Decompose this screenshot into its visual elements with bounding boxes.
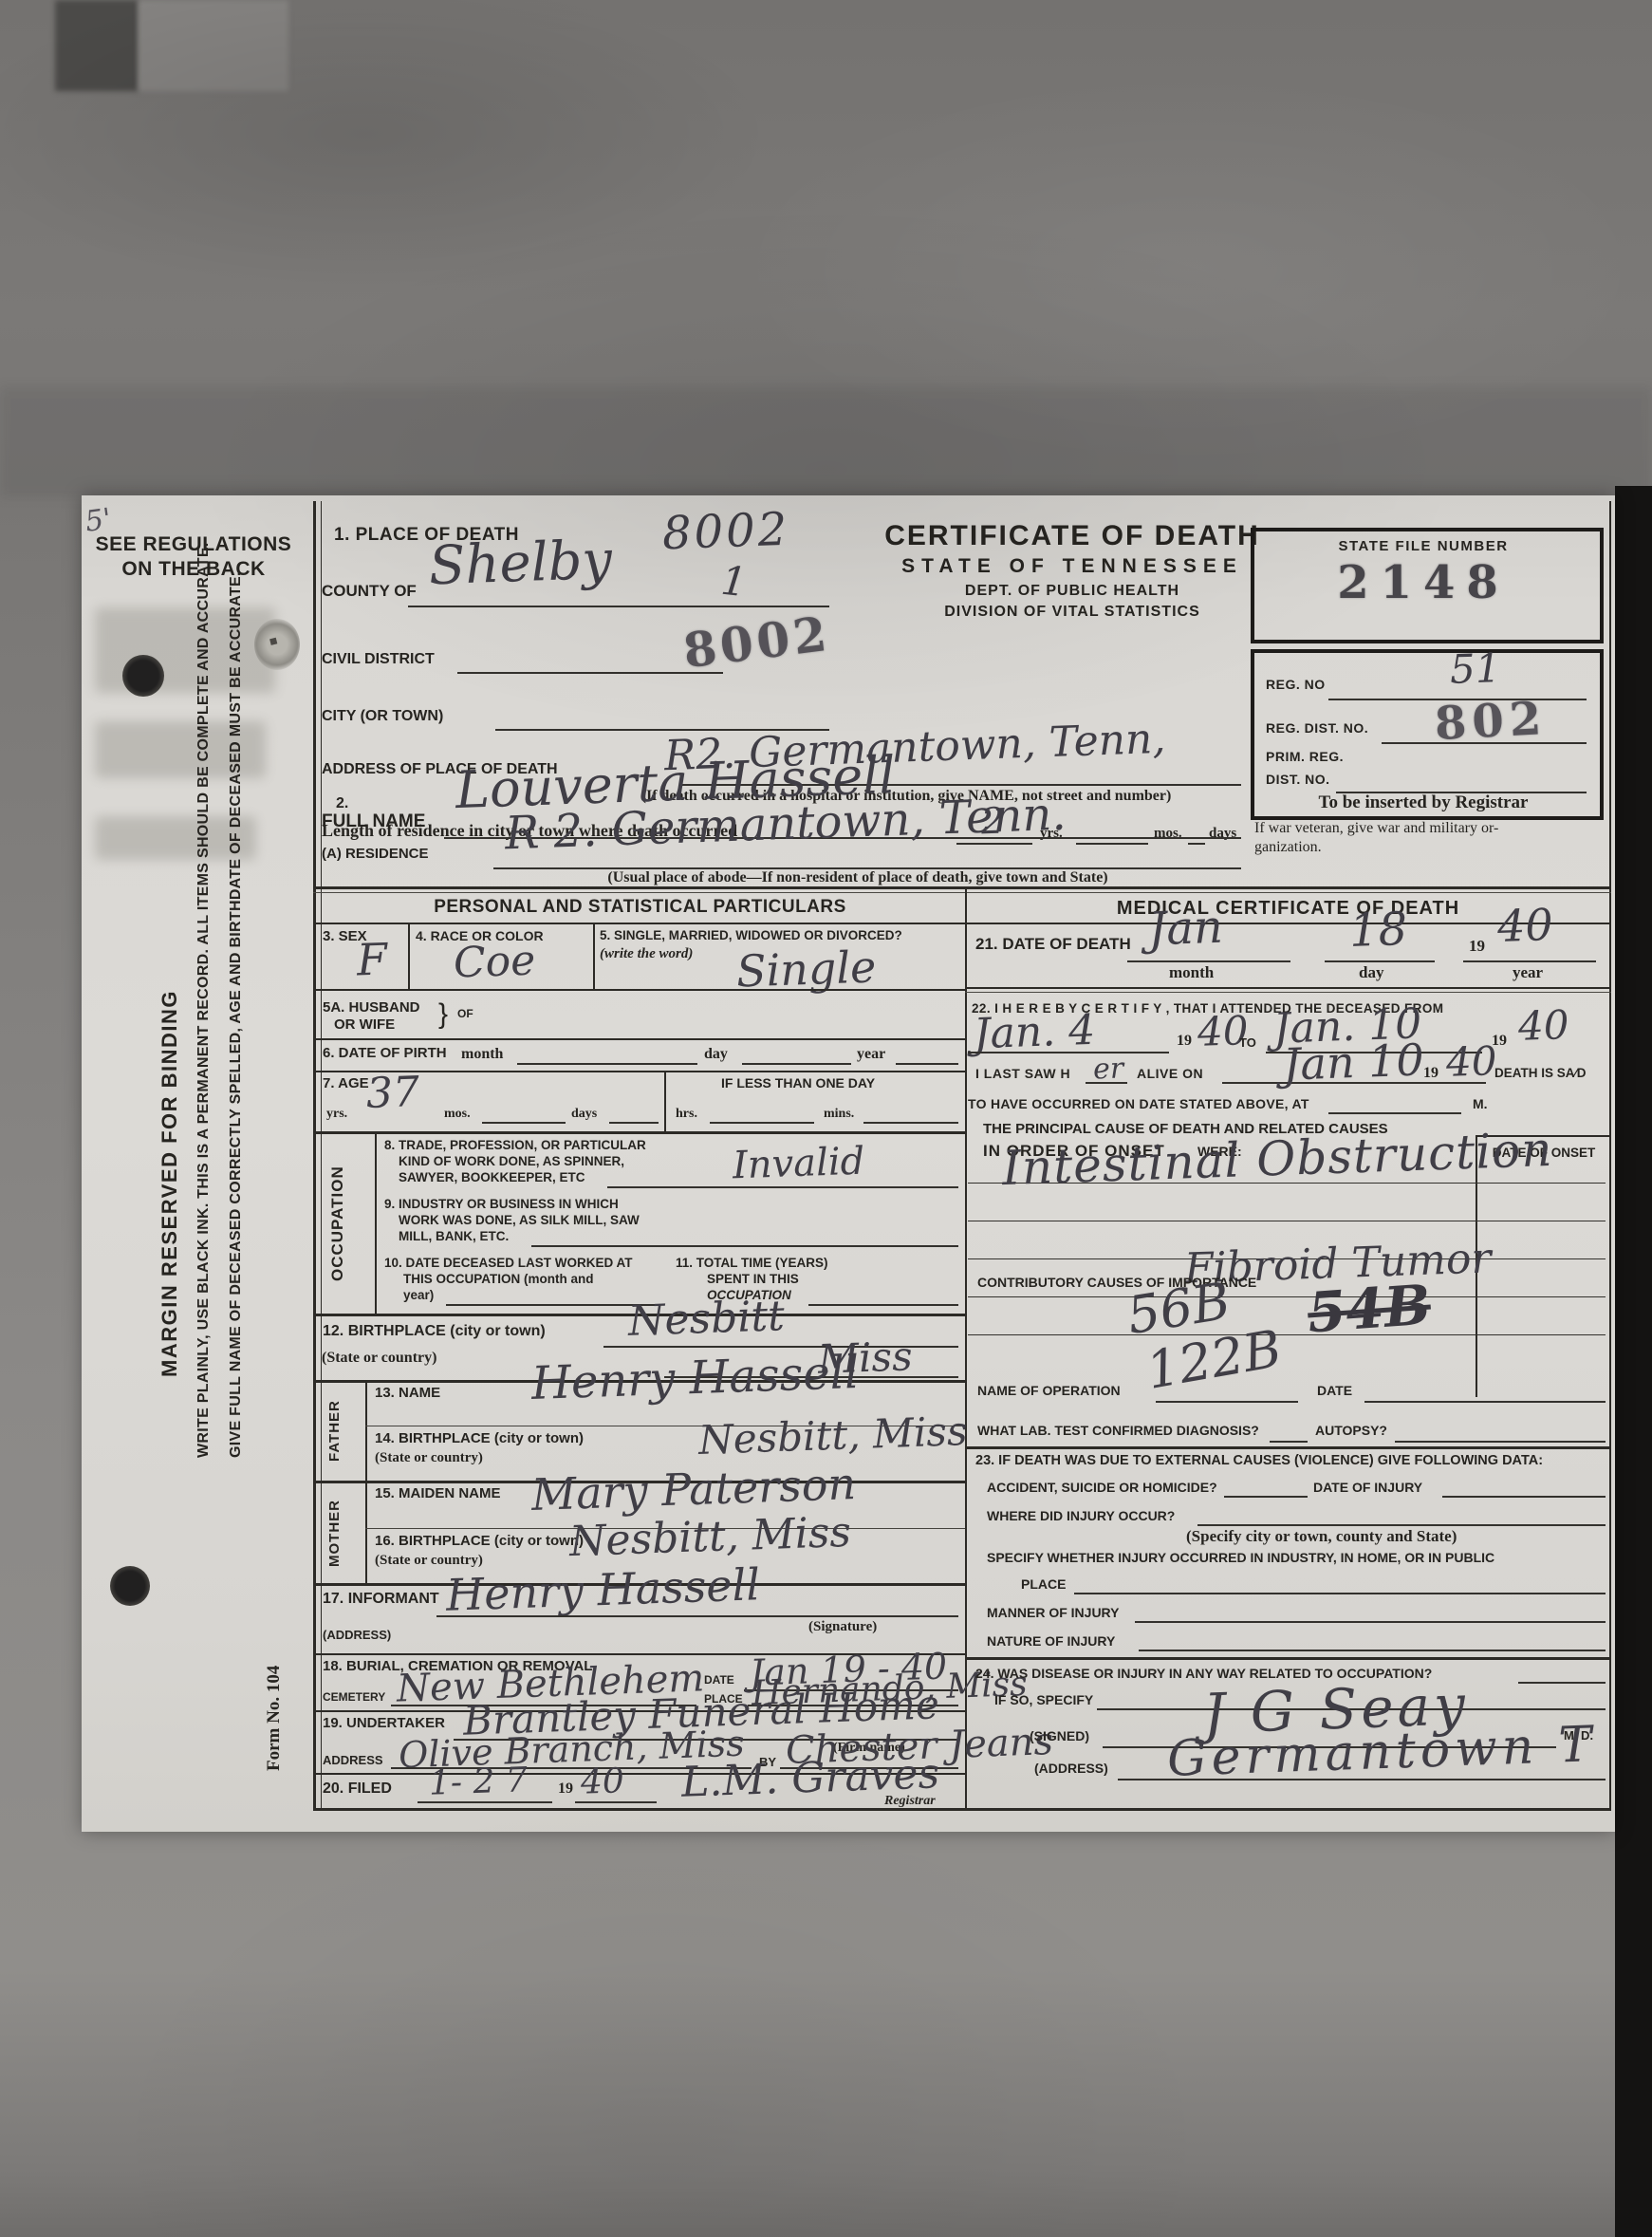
month-label: month [1169,964,1214,982]
sex-race-divider [408,923,410,989]
age-label: 7. AGE [323,1076,369,1092]
abode-note: (Usual place of abode—If non-resident of… [474,869,1241,886]
age-days-label: days [571,1107,597,1121]
see-regulations-line1: SEE REGULATIONS [91,533,296,555]
margin-write-plainly-note: WRITE PLAINLY, USE BLACK INK. THIS IS A … [195,568,213,1458]
dob-label: 6. DATE OF PIRTH [323,1046,447,1062]
cert-border-bottom [313,1808,1611,1811]
personal-title-rule [313,923,965,924]
informant-line [436,1615,958,1617]
civil-district-label: CIVIL DISTRICT [322,651,435,668]
cert-border-left-outer [313,501,316,1811]
alive-on-label: ALIVE ON [1137,1067,1203,1081]
death-19-printed: 19 [1469,938,1485,956]
item19-label: 19. UNDERTAKER [323,1716,445,1732]
occupation-vertical-label: OCCUPATION [328,1145,347,1302]
item11-line [808,1304,958,1306]
registrar-label: Registrar [884,1794,936,1808]
informant-address-note: (ADDRESS) [323,1629,391,1642]
item21-label: 21. DATE OF DEATH [975,936,1131,954]
year-label: year [1513,964,1543,982]
cert-subtitle-division: DIVISION OF VITAL STATISTICS [868,604,1276,621]
death-year-value: 40 [1496,903,1553,948]
mos-line [1076,843,1148,845]
header-divider-heavy [313,886,1611,889]
state-file-number: 2148 [1251,560,1596,606]
item17-label: 17. INFORMANT [323,1591,439,1608]
cause-line-2 [968,1221,1606,1221]
mother-cell-divider [365,1481,367,1583]
item9-line3: MILL, BANK, ETC. [399,1230,509,1244]
row21-rule-2 [965,992,1611,993]
date-injury-label: DATE OF INJURY [1313,1481,1422,1495]
informant-value: Henry Hassell [445,1562,760,1617]
item10-line [446,1304,655,1306]
cert-subtitle-state: STATE OF TENNESSEE [868,555,1276,577]
if-so-specify-label: IF SO, SPECIFY [994,1693,1093,1707]
where-injury-label: WHERE DID INJURY OCCUR? [987,1509,1175,1523]
physician-address-value: Germantown T [1166,1720,1597,1784]
from-19-printed: 19 [1177,1033,1192,1050]
item10-line1: 10. DATE DECEASED LAST WORKED AT [384,1257,633,1271]
operation-label: NAME OF OPERATION [977,1384,1121,1398]
row5-rule [313,989,965,991]
reg-no-value: 51 [1449,648,1501,690]
mother-birthplace-value: Nesbitt, Miss [568,1512,851,1563]
operation-date-line [1364,1401,1606,1403]
age-mos-label: mos. [444,1107,471,1121]
m-label: M. [1473,1097,1488,1111]
dob-day-line [742,1063,851,1065]
place-injury-line [1074,1593,1606,1594]
to-label: TO [1239,1036,1256,1050]
item2-number: 2. [336,795,348,812]
nature-injury-line [1139,1650,1606,1651]
where-injury-line [1197,1524,1606,1526]
age-cell-divider [664,1071,666,1131]
full-name-label: FULL NAME [322,812,425,832]
occurred-label: TO HAVE OCCURRED ON DATE STATED ABOVE, A… [968,1097,1309,1111]
item8-line2: KIND OF WORK DONE, AS SPINNER, [399,1155,624,1169]
item12-state-note: (State or country) [322,1350,436,1367]
dob-month-label: month [461,1046,503,1063]
header-divider-light [313,892,1611,893]
signature-note: (Signature) [808,1619,877,1635]
cert-subtitle-dept: DEPT. OF PUBLIC HEALTH [868,583,1276,600]
pen-mark: 5' [84,505,113,537]
mos-label: mos. [1154,826,1182,842]
item12-label: 12. BIRTHPLACE (city or town) [323,1323,546,1340]
age-hrs-line [710,1122,814,1124]
death-year-line [1463,960,1596,962]
registrar-insert-note: To be inserted by Registrar [1251,793,1596,813]
reg-no-label: REG. NO [1266,678,1326,692]
see-regulations-line2: ON THE BACK [91,558,296,580]
undertaker-address-label: ADDRESS [323,1754,383,1767]
item8-line [607,1186,958,1188]
form-number: Form No. 104 [264,1646,285,1771]
lab-test-label: WHAT LAB. TEST CONFIRMED DIAGNOSIS? [977,1424,1259,1438]
death-month-value: Jan [1147,904,1223,953]
birthplace-city-value: Nesbitt [627,1296,785,1343]
filed-date-value: 1- 2 7 [428,1763,528,1801]
punch-hole-top [122,655,164,697]
burial-date-label: DATE [704,1674,734,1687]
age-days-line [609,1122,659,1124]
row21-rule [965,987,1611,989]
item15-label: 15. MAIDEN NAME [375,1486,501,1502]
prim-reg-label: PRIM. REG. [1266,750,1344,764]
father-name-value: Henry Hassell [530,1350,860,1407]
item20-label: 20. FILED [323,1780,392,1798]
day-label: day [1359,964,1383,982]
row7-rule [313,1131,965,1134]
death-day-value: 18 [1348,906,1408,954]
civil-district-line [457,672,723,674]
item23-label: 23. IF DEATH WAS DUE TO EXTERNAL CAUSES … [975,1454,1543,1469]
days-line [1188,843,1205,845]
county-value: Shelby [428,534,613,594]
reg-dist-label: REG. DIST. NO. [1266,721,1368,736]
father-birthplace-value: Nesbitt, Miss [697,1411,968,1461]
father-cell-divider [365,1380,367,1481]
age-value: 37 [365,1072,420,1115]
background-shadow-block [55,0,139,91]
dob-year-label: year [857,1046,885,1063]
alive-19-printed: 19 [1423,1065,1439,1082]
husband-label-1: 5A. HUSBAND [323,1000,420,1016]
lab-test-line [1270,1441,1308,1443]
date-injury-line [1442,1496,1606,1498]
margin-binding-note: MARGIN RESERVED FOR BINDING [158,913,182,1454]
marital-value: Single [735,944,877,993]
mother-vertical-label: MOTHER [326,1488,343,1579]
item11-line2: SPENT IN THIS [707,1273,799,1287]
age-hrs-label: hrs. [676,1107,697,1121]
nature-injury-label: NATURE OF INJURY [987,1634,1115,1649]
cert-border-left-inner [321,501,322,1811]
race-marital-divider [593,923,595,989]
background-band [0,387,1652,497]
item24-line [1518,1682,1606,1684]
county-tick-mark: 1 [719,561,749,604]
item11-line1: 11. TOTAL TIME (YEARS) [676,1257,828,1271]
father-vertical-label: FATHER [326,1386,343,1477]
cause-line-5 [968,1334,1606,1335]
item13-label: 13. NAME [375,1386,440,1402]
filed-date-line [418,1801,552,1803]
dob-year-line [896,1063,958,1065]
row23-rule [965,1657,1611,1660]
operation-date-label: DATE [1317,1384,1352,1398]
code-54b-struck-value: 54B [1306,1277,1432,1341]
county-label: COUNTY OF [322,583,417,601]
to-year-value: 40 [1517,1005,1569,1047]
filed-19-printed: 19 [558,1780,573,1798]
war-veteran-note-2: ganization. [1254,839,1322,856]
less-than-day-label: IF LESS THAN ONE DAY [721,1076,875,1091]
marital-note: (write the word) [600,946,693,962]
war-veteran-note-1: If war veteran, give war and military or… [1254,820,1498,837]
race-value: Coe [453,941,536,985]
signed-label: (SIGNED) [1030,1729,1089,1743]
item9-line1: 9. INDUSTRY OR BUSINESS IN WHICH [384,1198,619,1212]
husband-brace: } [438,998,448,1030]
item16-state-note: (State or country) [375,1553,483,1569]
alive-year-value: 40 [1445,1041,1497,1083]
margin-give-full-name-note: GIVE FULL NAME OF DECEASED CORRECTLY SPE… [228,602,245,1458]
manner-injury-label: MANNER OF INJURY [987,1606,1120,1620]
husband-of-label: OF [457,1008,473,1020]
occupation-cell-divider [375,1131,377,1314]
item9-line [531,1245,958,1247]
last-saw-her-value: er [1092,1054,1123,1084]
days-label: days [1209,826,1236,842]
item8-line3: SAWYER, BOOKKEEPER, ETC [399,1171,585,1185]
item14-state-note: (State or country) [375,1450,483,1466]
personal-section-title: PERSONAL AND STATISTICAL PARTICULARS [315,898,965,918]
last-saw-label: I LAST SAW H [975,1067,1070,1081]
autopsy-line [1395,1441,1606,1443]
item10-line3: year) [403,1289,434,1303]
signed-address-label: (ADDRESS) [1034,1762,1108,1776]
state-file-label: STATE FILE NUMBER [1251,539,1596,555]
cemetery-label: CEMETERY [323,1691,385,1704]
filed-year-value: 40 [580,1764,624,1800]
item9-line2: WORK WAS DONE, AS SILK MILL, SAW [399,1214,640,1228]
last-saw-her-line [1086,1082,1127,1084]
county-line [408,606,829,607]
place-injury-label: PLACE [1021,1577,1066,1592]
occurred-line [1328,1112,1461,1114]
item16-label: 16. BIRTHPLACE (city or town) [375,1534,584,1550]
item8-line1: 8. TRADE, PROFESSION, OR PARTICULAR [384,1139,646,1153]
accident-label: ACCIDENT, SUICIDE OR HOMICIDE? [987,1481,1217,1495]
accident-line [1224,1496,1308,1498]
top-number-handwritten: 8002 [661,507,790,557]
attended-from-value: Jan. 4 [973,1010,1096,1055]
reg-dist-stamp: 802 [1434,696,1549,747]
background-page-edge [139,0,288,91]
cert-title: CERTIFICATE OF DEATH [868,520,1276,551]
death-day-line [1325,960,1435,962]
city-label: CITY (OR TOWN) [322,708,443,725]
scanned-death-certificate: 5' SEE REGULATIONS ON THE BACK ■ MARGIN … [0,0,1652,2237]
death-month-line [1127,960,1290,962]
residence-label: (A) RESIDENCE [322,847,429,863]
age-mos-line [482,1122,566,1124]
autopsy-label: AUTOPSY? [1315,1424,1387,1438]
dob-day-label: day [704,1046,728,1063]
specify-city-note: (Specify city or town, county and State) [1186,1528,1457,1546]
scan-edge-black [1615,486,1652,2237]
trade-value: Invalid [732,1143,865,1185]
dist-no-label: DIST. NO. [1266,773,1330,787]
mother-name-value: Mary Paterson [530,1462,856,1517]
age-mins-line [863,1122,958,1124]
manner-injury-line [1135,1621,1606,1623]
row-lab-rule [965,1446,1611,1449]
cause-line-4 [968,1296,1606,1297]
item14-label: 14. BIRTHPLACE (city or town) [375,1431,584,1447]
sex-value: F [356,937,388,981]
age-mins-label: mins. [824,1107,854,1121]
attended-from-line [968,1052,1169,1053]
alive-date-value: Jan 10 [1282,1037,1424,1086]
specify-whether-label: SPECIFY WHETHER INJURY OCCURRED IN INDUS… [987,1551,1494,1565]
age-yrs-label: yrs. [326,1107,347,1121]
filed-year-line [575,1801,657,1803]
death-said-label: DEATH IS SA⁄D [1494,1067,1587,1081]
punch-hole-bottom [110,1566,150,1606]
dob-month-line [517,1063,697,1065]
item10-line2: THIS OCCUPATION (month and [403,1273,593,1287]
operation-line [1156,1401,1298,1403]
husband-label-2: OR WIFE [334,1017,395,1034]
row5a-rule [313,1038,965,1040]
